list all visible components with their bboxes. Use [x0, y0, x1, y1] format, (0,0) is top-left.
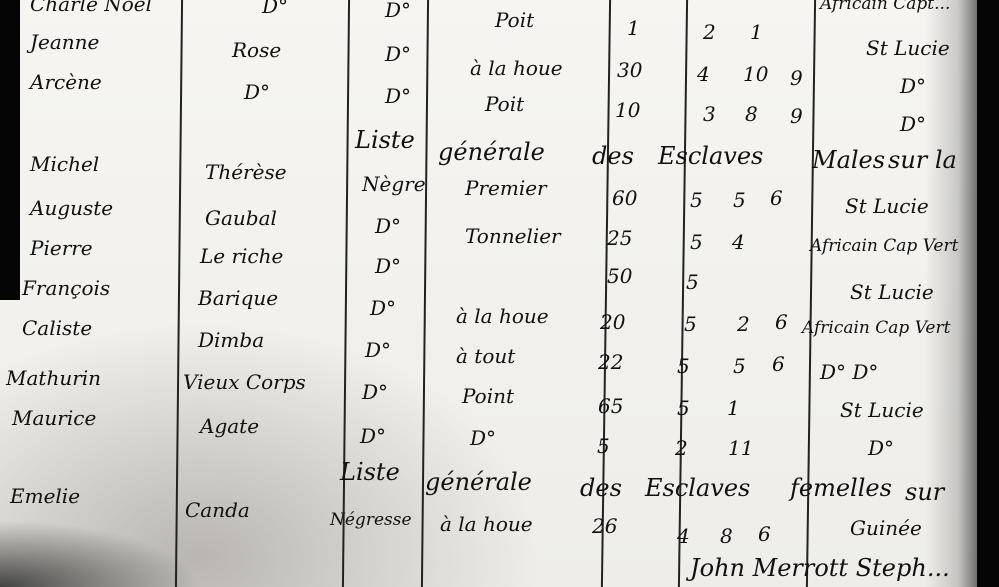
section-heading-word: femelles	[790, 476, 892, 500]
occupation-cell: à tout	[456, 344, 515, 368]
occupation-cell: Premier	[465, 176, 547, 200]
name-cell: Michel	[30, 152, 99, 176]
column-rule	[175, 0, 183, 587]
mother-cell: Dimba	[198, 328, 264, 352]
section-heading-word: Esclaves	[658, 144, 763, 168]
mother-cell: Thérèse	[205, 160, 287, 184]
height-lines-cell: 6	[770, 186, 783, 210]
age-cell: 20	[600, 310, 625, 334]
section-heading-word: Liste	[355, 128, 415, 152]
origin-cell: D°	[868, 436, 894, 460]
race-cell: D°	[385, 0, 411, 22]
ditto-mark: D°	[900, 112, 926, 136]
race-cell: Nègre	[362, 172, 426, 196]
name-cell: François	[22, 276, 110, 300]
occupation-cell: à la houe	[470, 56, 563, 80]
occupation-cell: Tonnelier	[465, 224, 561, 248]
age-cell: 65	[598, 394, 623, 418]
race-cell: D°	[375, 254, 401, 278]
name-cell: Charle Noel	[30, 0, 152, 16]
name-cell: Caliste	[22, 316, 92, 340]
height-ft-cell: 5	[690, 188, 703, 212]
mother-cell: Agate	[200, 414, 259, 438]
age-cell: 50	[607, 264, 632, 288]
name-cell: Arcène	[30, 70, 102, 94]
height-ft-cell: 5	[686, 270, 699, 294]
age-cell: 5	[597, 434, 610, 458]
height-ft-cell: 2	[675, 436, 688, 460]
mother-cell: Gaubal	[205, 206, 277, 230]
section-heading-word: Esclaves	[645, 476, 750, 500]
section-heading-word: générale	[425, 470, 532, 494]
age-cell: 26	[592, 514, 617, 538]
height-in-cell: 4	[732, 230, 745, 254]
height-ft-cell: 5	[690, 230, 703, 254]
race-cell: D°	[362, 380, 388, 404]
name-cell: Maurice	[12, 406, 96, 430]
origin-cell: St Lucie	[850, 280, 934, 304]
height-in-cell: 8	[720, 524, 733, 548]
origin-cell: St Lucie	[866, 36, 950, 60]
height-in-cell: 1	[750, 20, 763, 44]
height-ft-cell: 5	[684, 312, 697, 336]
race-cell: D°	[360, 424, 386, 448]
age-cell: 10	[615, 98, 640, 122]
section-heading-word: Liste	[340, 460, 400, 484]
mother-cell: D°	[244, 80, 270, 104]
height-lines-cell: 6	[772, 352, 785, 376]
column-rule	[342, 0, 350, 587]
section-heading-word: Males	[812, 148, 885, 172]
scan-shadow-bottom-left	[0, 520, 200, 587]
occupation-cell: D°	[470, 426, 496, 450]
scan-edge-left	[0, 0, 20, 300]
race-cell: D°	[385, 84, 411, 108]
race-cell: D°	[370, 296, 396, 320]
name-cell: Emelie	[10, 484, 80, 508]
height-ft-cell: 2	[703, 20, 716, 44]
height-lines-cell: 6	[775, 310, 788, 334]
column-rule	[421, 0, 429, 587]
name-cell: Jeanne	[30, 30, 99, 54]
mother-cell: Rose	[232, 38, 281, 62]
age-cell: 1	[627, 16, 640, 40]
height-ft-cell: 4	[677, 524, 690, 548]
origin-cell: St Lucie	[845, 194, 929, 218]
height-in-cell: 2	[737, 312, 750, 336]
height-in-cell: 10	[743, 62, 768, 86]
origin-cell: D° D°	[820, 360, 878, 384]
mother-cell: Canda	[185, 498, 250, 522]
signature: John Merrott Steph...	[690, 556, 950, 580]
origin-cell: Guinée	[850, 516, 922, 540]
section-heading-word: des	[580, 476, 622, 500]
age-cell: 60	[612, 186, 637, 210]
name-cell: Pierre	[30, 236, 93, 260]
height-in-cell: 5	[733, 354, 746, 378]
height-in-cell: 1	[727, 396, 740, 420]
section-heading-word: générale	[438, 140, 545, 164]
occupation-cell: à la houe	[456, 304, 549, 328]
height-lines-cell: 6	[758, 522, 771, 546]
height-lines-cell: 9	[790, 66, 803, 90]
age-cell: 25	[607, 226, 632, 250]
race-cell: Négresse	[330, 508, 412, 532]
section-heading-word: sur la	[888, 148, 957, 172]
mother-cell: Barique	[198, 286, 278, 310]
age-cell: 30	[617, 58, 642, 82]
document-page: Charle Noel D° D° Poit 1 2 1 Africain Ca…	[0, 0, 999, 587]
race-cell: D°	[375, 214, 401, 238]
origin-cell: St Lucie	[840, 398, 924, 422]
occupation-cell: Poit	[485, 92, 524, 116]
mother-cell: Vieux Corps	[183, 370, 306, 394]
height-lines-cell: 9	[790, 104, 803, 128]
origin-cell: Africain Cap Vert	[802, 316, 950, 340]
origin-cell: D°	[900, 74, 926, 98]
section-heading-word: sur	[905, 480, 944, 504]
height-ft-cell: 5	[677, 354, 690, 378]
height-in-cell: 11	[728, 436, 753, 460]
age-cell: 22	[598, 350, 623, 374]
mother-cell: Le riche	[200, 244, 283, 268]
occupation-cell: à la houe	[440, 512, 533, 536]
height-ft-cell: 4	[697, 62, 710, 86]
height-ft-cell: 5	[677, 396, 690, 420]
race-cell: D°	[385, 42, 411, 66]
origin-cell: Africain Cap Vert	[810, 234, 958, 258]
section-heading-word: des	[592, 144, 634, 168]
scan-edge-right	[977, 0, 999, 587]
name-cell: Mathurin	[6, 366, 101, 390]
height-in-cell: 8	[745, 102, 758, 126]
race-cell: D°	[365, 338, 391, 362]
height-in-cell: 5	[733, 188, 746, 212]
height-ft-cell: 3	[703, 102, 716, 126]
mother-cell: D°	[262, 0, 288, 18]
origin-cell: Africain Capt...	[820, 0, 950, 16]
name-cell: Auguste	[30, 196, 113, 220]
occupation-cell: Point	[462, 384, 514, 408]
occupation-cell: Poit	[495, 8, 534, 32]
